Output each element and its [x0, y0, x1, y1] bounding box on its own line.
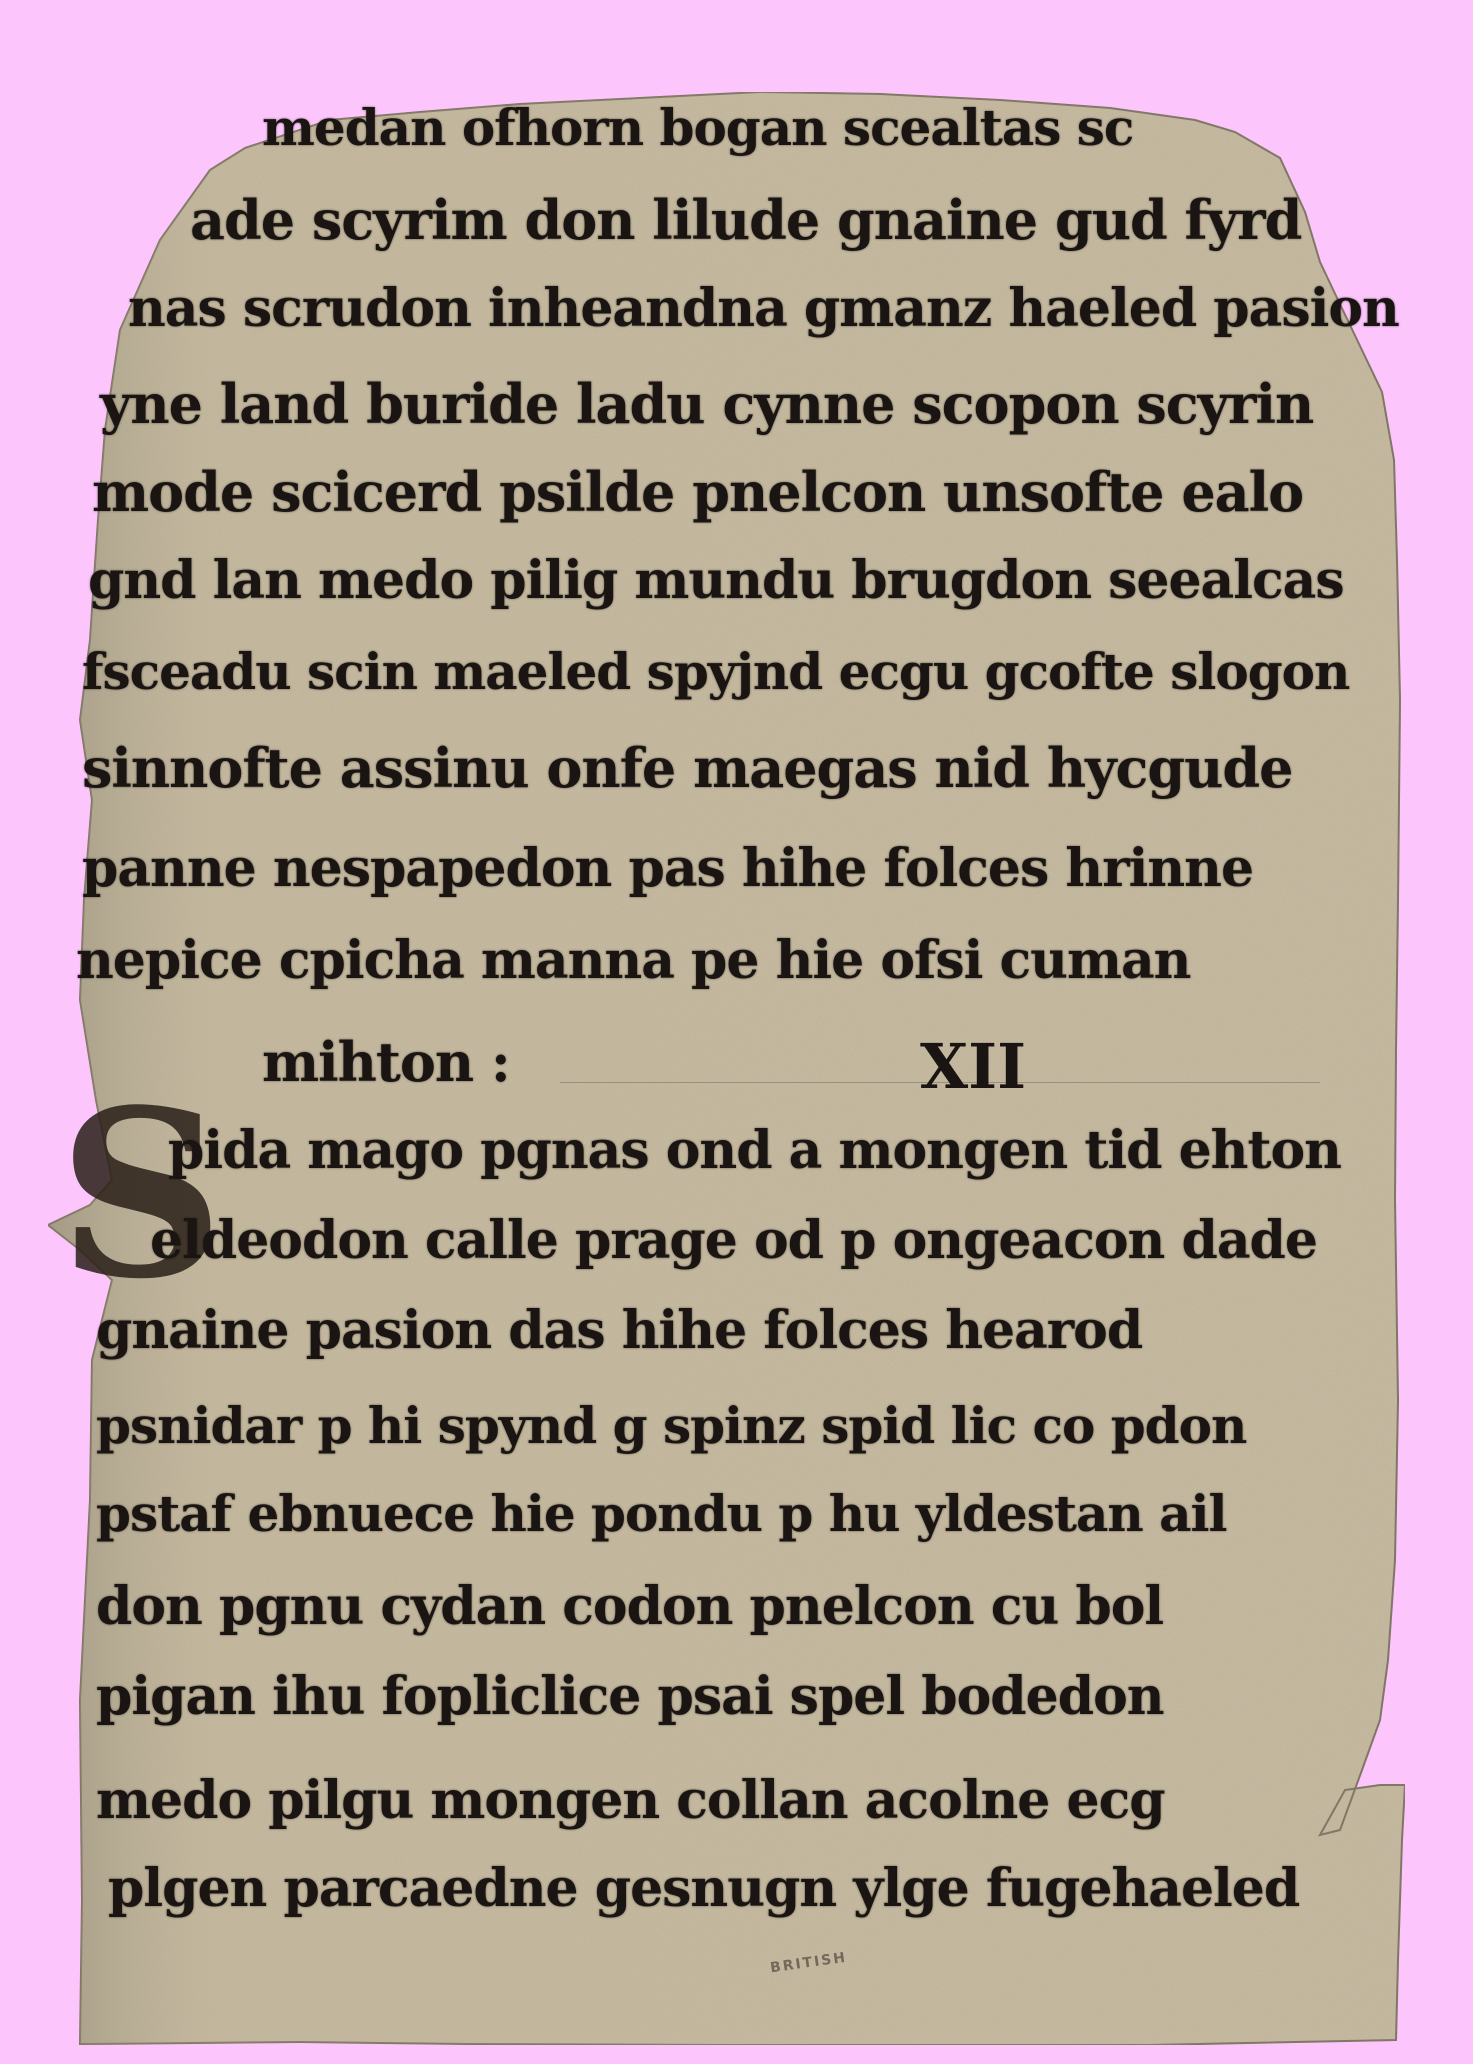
manuscript-line-12: pida mago pgnas ond a mongen tid ehton — [168, 1120, 1341, 1181]
manuscript-line-1: medan ofhorn bogan scealtas sc — [262, 98, 1133, 157]
manuscript-line-2: ade scyrim don lilude gnaine gud fyrd — [190, 188, 1301, 252]
manuscript-line-14: gnaine pasion das hihe folces hearod — [96, 1300, 1142, 1361]
manuscript-line-15: psnidar p hi spynd g spinz spid lic co p… — [96, 1396, 1246, 1455]
manuscript-line-3: nas scrudon inheandna gmanz haeled pasio… — [128, 278, 1399, 339]
section-numeral: XII — [920, 1030, 1026, 1103]
manuscript-line-13: eldeodon calle prage od p ongeacon dade — [150, 1210, 1317, 1271]
manuscript-line-11: mihton : — [262, 1030, 510, 1094]
manuscript-line-17: don pgnu cydan codon pnelcon cu bol — [96, 1576, 1163, 1637]
manuscript-line-8: sinnofte assinu onfe maegas nid hycgude — [82, 736, 1293, 800]
initial-letter: S — [58, 1080, 224, 1310]
manuscript-line-19: medo pilgu mongen collan acolne ecg — [96, 1770, 1165, 1831]
manuscript-line-4: yne land buride ladu cynne scopon scyrin — [100, 372, 1313, 436]
manuscript-line-10: nepice cpicha manna pe hie ofsi cuman — [76, 930, 1191, 991]
manuscript-line-6: gnd lan medo pilig mundu brugdon seealca… — [88, 550, 1344, 611]
manuscript-line-20: plgen parcaedne gesnugn ylge fugehaeled — [108, 1858, 1299, 1919]
manuscript-line-9: panne nespapedon pas hihe folces hrinne — [82, 838, 1253, 899]
manuscript-line-7: fsceadu scin maeled spyjnd ecgu gcofte s… — [82, 642, 1349, 701]
manuscript-line-5: mode scicerd psilde pnelcon unsofte ealo — [92, 460, 1303, 524]
manuscript-line-16: pstaf ebnuece hie pondu p hu yldestan ai… — [96, 1484, 1227, 1543]
manuscript-line-18: pigan ihu fopliclice psai spel bodedon — [96, 1666, 1164, 1727]
